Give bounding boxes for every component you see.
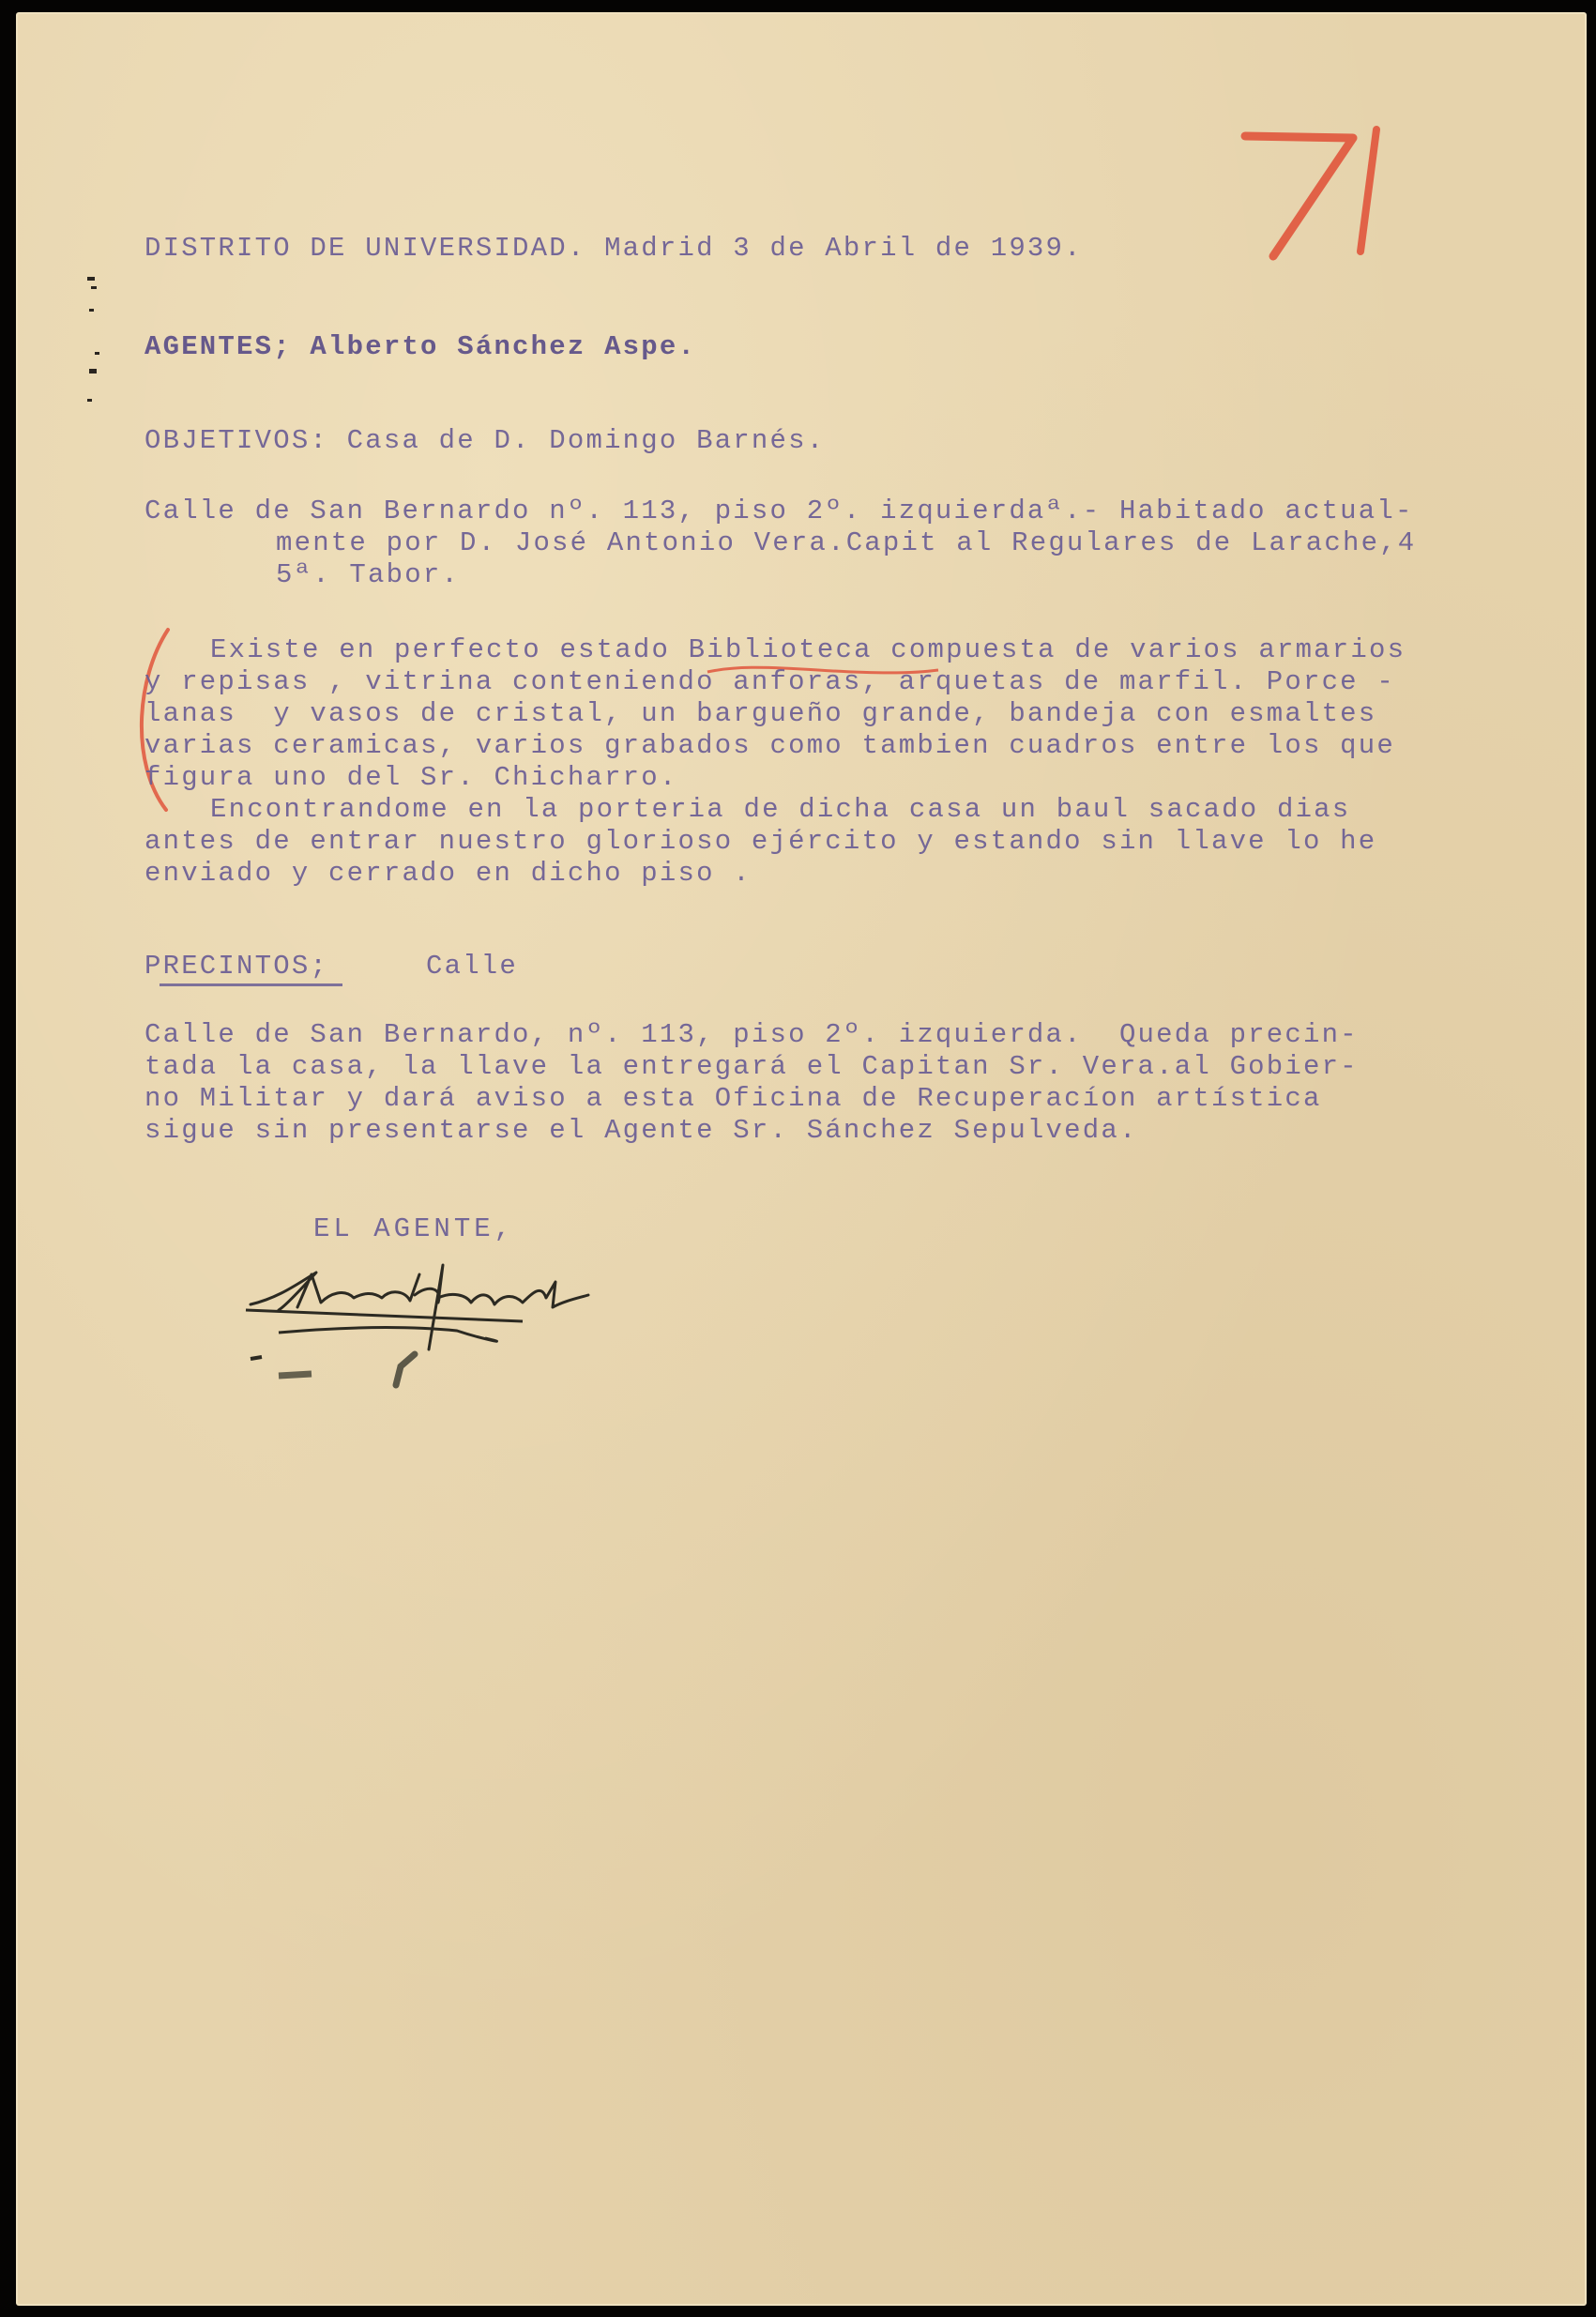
paragraph-line: enviado y cerrado en dicho piso .	[144, 858, 752, 890]
paragraph-line: varias ceramicas, varios grabados como t…	[144, 730, 1395, 762]
address-line: Calle de San Bernardo nº. 113, piso 2º. …	[144, 495, 1414, 527]
paragraph-line: tada la casa, la llave la entregará el C…	[144, 1051, 1359, 1083]
address-line: mente por D. José Antonio Vera.Capit al …	[276, 527, 1416, 559]
paragraph-line: Encontrandome en la porteria de dicha ca…	[210, 794, 1350, 826]
paragraph-line: sigue sin presentarse el Agente Sr. Sánc…	[144, 1115, 1138, 1147]
paragraph-line: Calle de San Bernardo, nº. 113, piso 2º.…	[144, 1019, 1359, 1051]
paragraph-line: antes de entrar nuestro glorioso ejércit…	[144, 826, 1376, 858]
precintos-underline	[160, 983, 342, 986]
punch-marks	[82, 266, 119, 416]
address-line: 5ª. Tabor.	[276, 559, 460, 591]
precintos-label: PRECINTOS;	[144, 951, 328, 983]
paragraph-line: Existe en perfecto estado Biblioteca com…	[210, 634, 1406, 666]
red-page-number-mark	[1240, 125, 1391, 266]
agentes-line: AGENTES; Alberto Sánchez Aspe.	[144, 331, 696, 363]
objetivos-line: OBJETIVOS: Casa de D. Domingo Barnés.	[144, 425, 825, 457]
closing-el-agente: EL AGENTE,	[313, 1213, 514, 1245]
precintos-after-label: Calle	[426, 951, 518, 983]
paragraph-line: no Militar y dará aviso a esta Oficina d…	[144, 1083, 1322, 1115]
paragraph-line: lanas y vasos de cristal, un bargueño gr…	[144, 698, 1376, 730]
paragraph-line: y repisas , vitrina conteniendo anforas,…	[144, 666, 1395, 698]
header-district-date: DISTRITO DE UNIVERSIDAD. Madrid 3 de Abr…	[144, 233, 1083, 265]
document-page: DISTRITO DE UNIVERSIDAD. Madrid 3 de Abr…	[16, 12, 1587, 2306]
paragraph-line: figura uno del Sr. Chicharro.	[144, 762, 677, 794]
handwritten-signature: Alberto Sánchez	[241, 1256, 598, 1406]
